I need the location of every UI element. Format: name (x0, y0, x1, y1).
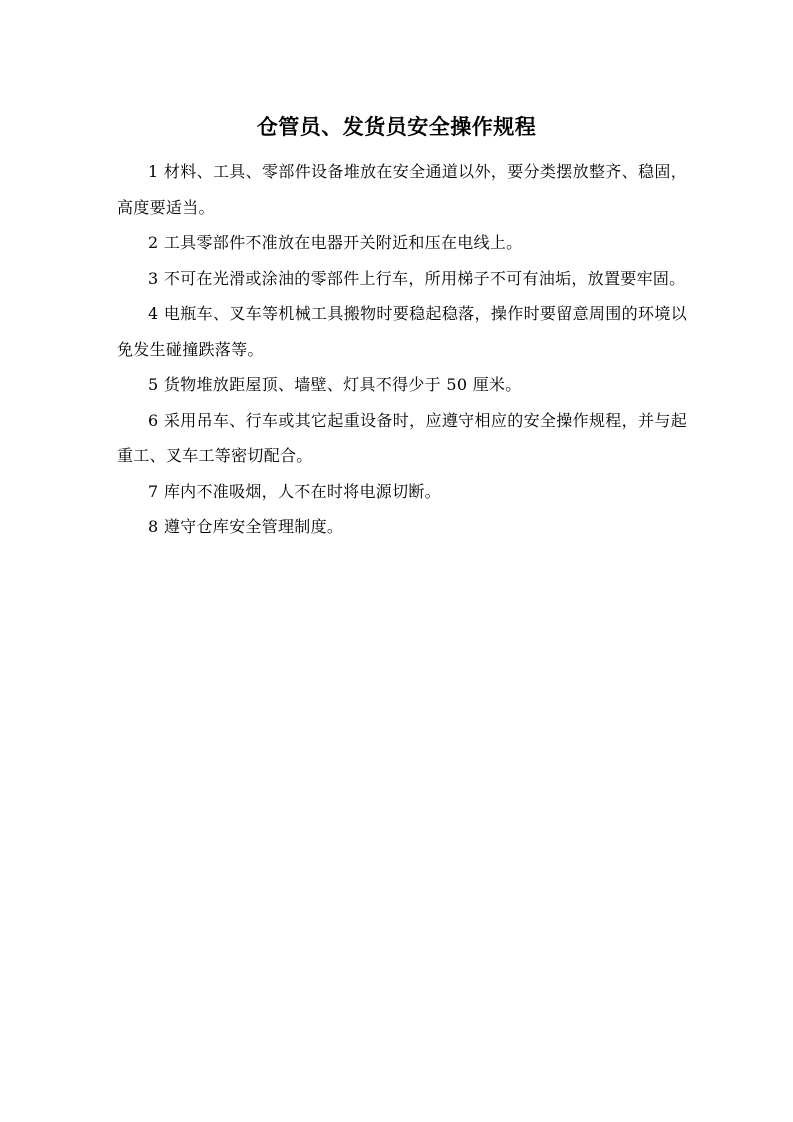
document-body: 1 材料、工具、零部件设备堆放在安全通道以外，要分类摆放整齐、稳固，高度要适当。… (117, 154, 687, 545)
rule-paragraph-8: 8 遵守仓库安全管理制度。 (117, 509, 687, 545)
rule-paragraph-6: 6 采用吊车、行车或其它起重设备时，应遵守相应的安全操作规程，并与起重工、叉车工… (117, 403, 687, 474)
rule-paragraph-3: 3 不可在光滑或涂油的零部件上行车，所用梯子不可有油垢，放置要牢固。 (117, 261, 687, 297)
rule-paragraph-2: 2 工具零部件不准放在电器开关附近和压在电线上。 (117, 225, 687, 261)
rule-paragraph-4: 4 电瓶车、叉车等机械工具搬物时要稳起稳落，操作时要留意周围的环境以免发生碰撞跌… (117, 296, 687, 367)
document-title: 仓管员、发货员安全操作规程 (0, 113, 793, 141)
rule-paragraph-5: 5 货物堆放距屋顶、墙壁、灯具不得少于 50 厘米。 (117, 367, 687, 403)
rule-paragraph-1: 1 材料、工具、零部件设备堆放在安全通道以外，要分类摆放整齐、稳固，高度要适当。 (117, 154, 687, 225)
rule-paragraph-7: 7 库内不准吸烟，人不在时将电源切断。 (117, 474, 687, 510)
document-page: 仓管员、发货员安全操作规程 1 材料、工具、零部件设备堆放在安全通道以外，要分类… (0, 0, 793, 1122)
